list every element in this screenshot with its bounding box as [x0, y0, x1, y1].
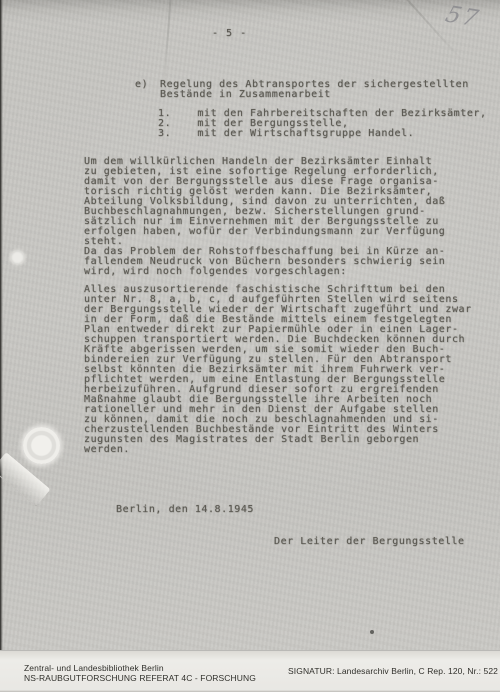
scan-edge-left: [0, 0, 3, 692]
paragraph-regulation: Um dem willkürlichen Handeln der Bezirks…: [84, 157, 445, 277]
section-label: e): [135, 80, 148, 90]
paragraph-proposal: Alles auszusortierende faschistische Sch…: [84, 285, 472, 455]
dateline: Berlin, den 14.8.1945: [116, 505, 254, 515]
ink-dot: [370, 630, 374, 634]
numbered-list: 1. mit den Fahrbereitschaften der Bezirk…: [158, 109, 487, 139]
punch-hole-reinforced: [23, 427, 60, 464]
footer-left-block: Zentral- und Landesbibliothek Berlin NS-…: [24, 664, 256, 683]
library-footer-bar: Zentral- und Landesbibliothek Berlin NS-…: [0, 650, 500, 692]
section-heading: Regelung des Abtransportes der sicherges…: [160, 80, 469, 100]
scanned-document-page: - 5 - 57 e) Regelung des Abtransportes d…: [0, 0, 500, 692]
signature-line: Der Leiter der Bergungsstelle: [274, 537, 465, 547]
footer-department: NS-RAUBGUTFORSCHUNG REFERAT 4C - FORSCHU…: [24, 674, 256, 684]
punch-hole-top: [11, 251, 24, 264]
footer-signatur: SIGNATUR: Landesarchiv Berlin, C Rep. 12…: [288, 666, 498, 676]
page-number: - 5 -: [212, 29, 247, 39]
handwritten-page-mark: 57: [442, 2, 483, 32]
